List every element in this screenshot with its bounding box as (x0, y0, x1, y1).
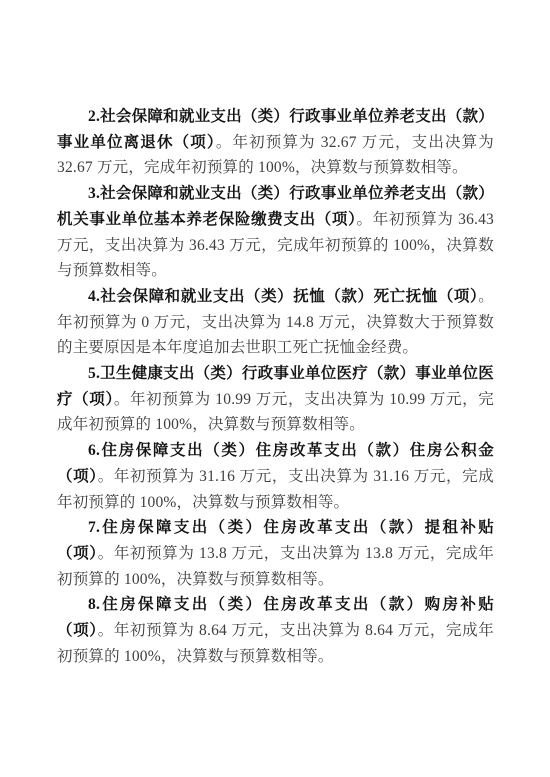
budget-item-paragraph: 2.社会保障和就业支出（类）行政事业单位养老支出（款）事业单位离退休（项）。年初… (57, 104, 494, 181)
budget-item-detail: 。年初预算为 31.16 万元，支出决算为 31.16 万元，完成年初预算的 1… (57, 468, 494, 511)
budget-item-paragraph: 8.住房保障支出（类）住房改革支出（款）购房补贴（项）。年初预算为 8.64 万… (57, 592, 494, 669)
budget-item-detail: 。年初预算为 10.99 万元，支出决算为 10.99 万元，完成年初预算的 1… (57, 391, 494, 434)
budget-item-detail: 。年初预算为 13.8 万元，支出决算为 13.8 万元，完成年初预算的 100… (57, 545, 494, 588)
budget-item-paragraph: 5.卫生健康支出（类）行政事业单位医疗（款）事业单位医疗（项）。年初预算为 10… (57, 361, 494, 438)
budget-item-heading: 4.社会保障和就业支出（类）抚恤（款）死亡抚恤（项） (88, 288, 478, 305)
budget-item-paragraph: 3.社会保障和就业支出（类）行政事业单位养老支出（款）机关事业单位基本养老保险缴… (57, 181, 494, 284)
budget-item-detail: 。年初预算为 8.64 万元，支出决算为 8.64 万元，完成年初预算的 100… (57, 622, 494, 665)
budget-item-paragraph: 6.住房保障支出（类）住房改革支出（款）住房公积金（项）。年初预算为 31.16… (57, 438, 494, 515)
budget-item-paragraph: 4.社会保障和就业支出（类）抚恤（款）死亡抚恤（项）。年初预算为 0 万元，支出… (57, 284, 494, 361)
budget-item-paragraph: 7.住房保障支出（类）住房改革支出（款）提租补贴（项）。年初预算为 13.8 万… (57, 515, 494, 592)
document-page: 2.社会保障和就业支出（类）行政事业单位养老支出（款）事业单位离退休（项）。年初… (0, 0, 550, 777)
budget-report-text-block: 2.社会保障和就业支出（类）行政事业单位养老支出（款）事业单位离退休（项）。年初… (57, 104, 494, 669)
